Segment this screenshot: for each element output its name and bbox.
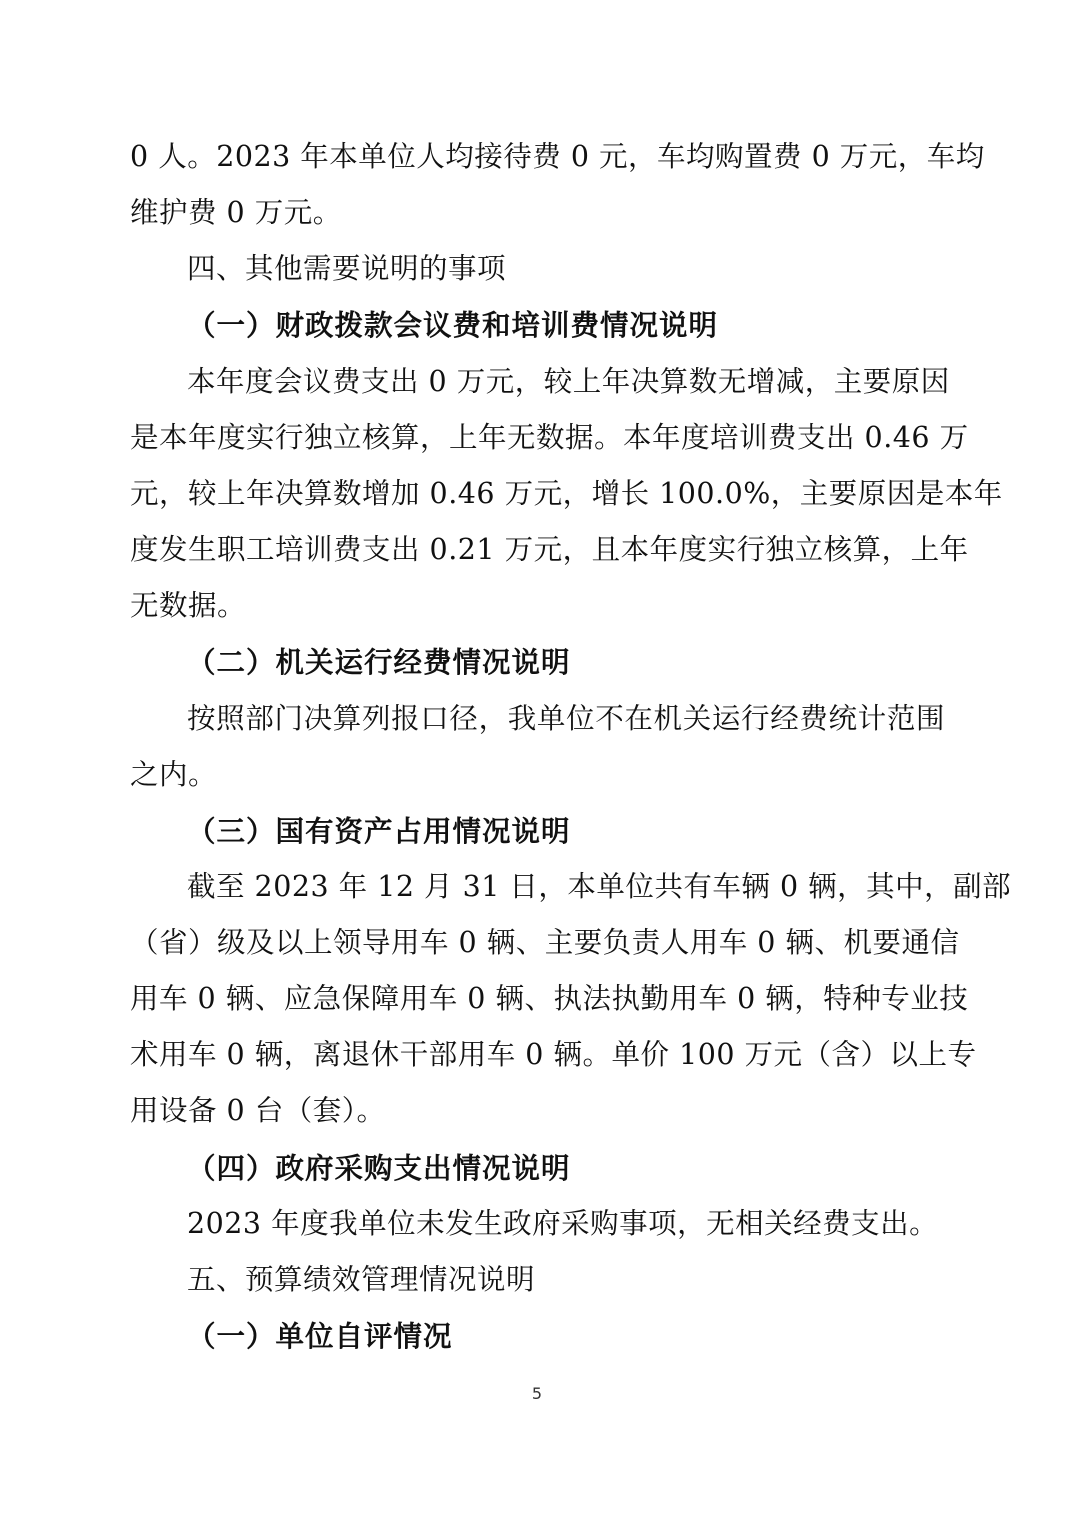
paragraph-line: 按照部门决算列报口径，我单位不在机关运行经费统计范围	[187, 699, 945, 739]
paragraph-line: （省）级及以上领导用车 0 辆、主要负责人用车 0 辆、机要通信	[130, 923, 945, 963]
subsection-heading-meeting-training: （一）财政拨款会议费和培训费情况说明	[187, 305, 718, 345]
subsection-heading-self-evaluation: （一）单位自评情况	[187, 1316, 453, 1356]
paragraph-line: 2023 年度我单位未发生政府采购事项，无相关经费支出。	[187, 1204, 945, 1244]
paragraph-line: 用设备 0 台（套）。	[130, 1091, 945, 1131]
paragraph-line: 截至 2023 年 12 月 31 日，本单位共有车辆 0 辆，其中，副部	[187, 867, 945, 907]
subsection-heading-state-assets: （三）国有资产占用情况说明	[187, 811, 571, 851]
paragraph-line: 维护费 0 万元。	[130, 193, 945, 233]
paragraph-line: 0 人。2023 年本单位人均接待费 0 元，车均购置费 0 万元，车均	[130, 137, 945, 177]
paragraph-line: 本年度会议费支出 0 万元，较上年决算数无增减，主要原因	[187, 362, 945, 402]
page-number: 5	[0, 1384, 1074, 1404]
paragraph-line: 用车 0 辆、应急保障用车 0 辆、执法执勤用车 0 辆，特种专业技	[130, 979, 945, 1019]
paragraph-line: 无数据。	[130, 586, 945, 626]
subsection-heading-operating-expenses: （二）机关运行经费情况说明	[187, 642, 571, 682]
document-page: 0 人。2023 年本单位人均接待费 0 元，车均购置费 0 万元，车均 维护费…	[0, 0, 1074, 1520]
subsection-heading-procurement: （四）政府采购支出情况说明	[187, 1148, 571, 1188]
paragraph-line: 术用车 0 辆，离退休干部用车 0 辆。单价 100 万元（含）以上专	[130, 1035, 945, 1075]
paragraph-line: 度发生职工培训费支出 0.21 万元，且本年度实行独立核算，上年	[130, 530, 945, 570]
paragraph-line: 是本年度实行独立核算，上年无数据。本年度培训费支出 0.46 万	[130, 418, 945, 458]
section-heading-5: 五、预算绩效管理情况说明	[187, 1260, 535, 1300]
paragraph-line: 元，较上年决算数增加 0.46 万元，增长 100.0%，主要原因是本年	[130, 474, 945, 514]
section-heading-4: 四、其他需要说明的事项	[187, 249, 506, 289]
paragraph-line: 之内。	[130, 755, 945, 795]
